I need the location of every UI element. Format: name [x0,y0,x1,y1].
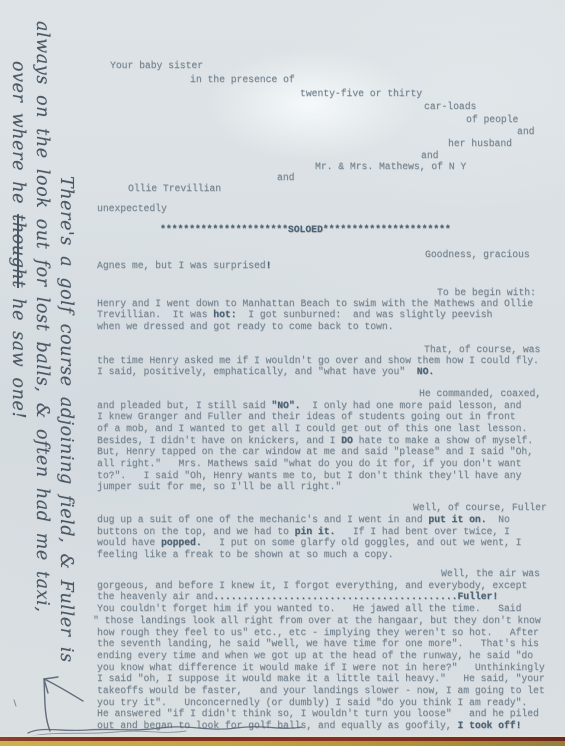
margin-note-segment: always on the look out for lost balls, &… [32,21,52,613]
typed-line: would have popped. I put on some glarfy … [97,537,521,548]
typed-line: Well, the air was [441,568,540,579]
typed-line: dug up a suit of one of the mechanic's a… [97,514,510,525]
typed-line: Ollie Trevillian [128,183,221,194]
typed-segment: would have [97,537,161,548]
typed-line: Henry and I went down to Manhattan Beach… [97,298,533,309]
typed-segment: I got sunburned: and was slightly peevis… [237,309,493,320]
typed-line: takeoffs would be faster, and your landi… [97,685,545,696]
typed-segment: and pleaded but, I still said [97,400,271,411]
typed-line: of a mob, and I wanted to get all I coul… [97,423,527,434]
margin-note-line: over where he thought he saw one! [6,6,30,711]
typed-line: gorgeous, and before I knew it, I forgot… [97,580,527,591]
typed-emphasis: **********************SOLOED************… [160,224,451,235]
typed-line: when we dressed and got ready to come ba… [97,321,394,332]
typed-line: to?". I said "Oh, Henry wants me to, but… [97,470,521,481]
typed-segment: the heavenly air and [97,591,213,602]
typed-line: Agnes me, but I was surprised! [97,260,271,271]
scan-edge-tan-line [0,741,565,746]
typed-segment: out and began to look for golf balls, an… [97,720,457,731]
margin-note-segment: over where he [8,61,28,214]
typed-segment: Besides, I didn't have on knickers, and … [97,435,341,446]
typed-line: buttons on the top, and we had to pin it… [97,526,510,537]
typed-line: you try it". Unconcernedly (or dumbly) I… [97,697,527,708]
typed-line: and pleaded but, I still said "NO". I on… [97,400,521,411]
typed-line: out and began to look for golf balls, an… [97,720,521,731]
typed-segment: dug up a suit of one of the mechanic's a… [97,514,428,525]
typed-segment: Agnes me, but I was surprised [97,260,266,271]
typed-emphasis: NO. [417,366,434,377]
typed-segment: I said, positively, emphatically, and "w… [97,366,417,377]
typed-line: ending every time and when we got up at … [97,650,533,661]
typed-line: the seventh landing, he said "well, we h… [97,638,539,649]
typed-line: all right." Mrs. Mathews said "what do y… [97,458,521,469]
typed-segment: No [487,514,510,525]
typed-line: He answered "if I didn't think so, I wou… [97,708,539,719]
typed-line: I knew Granger and Fuller and their idea… [97,411,516,422]
typed-line: in the presence of [190,74,295,85]
typed-segment: I put on some glarfy old goggles, and ou… [202,537,522,548]
typed-line: unexpectedly [97,203,167,214]
typed-line: feeling like a freak to be shown at so m… [97,549,394,560]
typed-line: I said "oh, I suppose it would make it a… [97,673,545,684]
typed-line: Mr. & Mrs. Mathews, of N Y [315,161,466,172]
struck-word: thought [8,214,28,288]
typed-segment: Trevillian. It was [97,309,213,320]
typed-line: jumper suit for me, so I'll be all right… [97,481,341,492]
typed-line: **********************SOLOED************… [160,224,451,235]
typed-line: and [277,172,294,183]
letter-page: Your baby sisterin the presence oftwenty… [0,0,565,746]
typed-line: the heavenly air and....................… [97,591,498,602]
margin-note-line: There's a golf course adjoining field, &… [54,6,78,711]
typed-line: Trevillian. It was hot: I got sunburned:… [97,309,492,320]
typed-line: how rough they feel to us" etc., etc - i… [97,627,539,638]
typed-line: He commanded, coaxed, [419,388,541,399]
margin-note-line: always on the look out for lost balls, &… [30,6,54,711]
typed-line: Besides, I didn't have on knickers, and … [97,435,533,446]
typed-emphasis: pin it. [295,526,336,537]
typed-line: Your baby sister [110,60,203,71]
typed-line: of people [466,114,518,125]
typed-line: the time Henry asked me if I wouldn't go… [97,355,539,366]
typed-line: and [421,150,438,161]
typed-line: her husband [448,138,512,149]
typed-segment: hate to make a show of myself. [353,435,533,446]
typed-segment: If I had bent over twice, I [335,526,509,537]
typed-emphasis: ........................................… [213,591,457,602]
typed-line: But, Henry tapped on the car window at m… [97,446,533,457]
typed-line: You couldn't forget him if you wanted to… [97,603,521,614]
margin-note-segment: There's a golf course adjoining field, &… [56,176,76,663]
typed-emphasis: I took off! [457,720,521,731]
typed-line: Well, of course, Fuller [413,502,547,513]
typed-line: you know what difference it would make i… [97,662,545,673]
typed-line: To be begin with: [437,287,536,298]
margin-note-segment: he saw one! [8,288,28,419]
typed-emphasis: ! [266,260,272,271]
typed-line: and [517,126,534,137]
typed-line: twenty-five or thirty [300,88,422,99]
typed-emphasis: hot: [213,309,236,320]
typed-emphasis: put it on. [428,514,486,525]
typed-segment: I only had one more paid lesson, and [300,400,521,411]
handwritten-margin-note: There's a golf course adjoining field, &… [6,6,78,711]
typed-emphasis: popped. [161,537,202,548]
typed-emphasis: DO [341,435,353,446]
typed-line: Goodness, gracious [425,249,530,260]
typed-line: car-loads [424,101,476,112]
typed-line: I said, positively, emphatically, and "w… [97,366,434,377]
typed-line: " those landings look all right from ove… [93,615,541,626]
typed-emphasis: Fuller! [457,591,498,602]
typed-line: That, of course, was [424,344,540,355]
typed-segment: buttons on the top, and we had to [97,526,295,537]
typed-emphasis: "NO". [271,400,300,411]
